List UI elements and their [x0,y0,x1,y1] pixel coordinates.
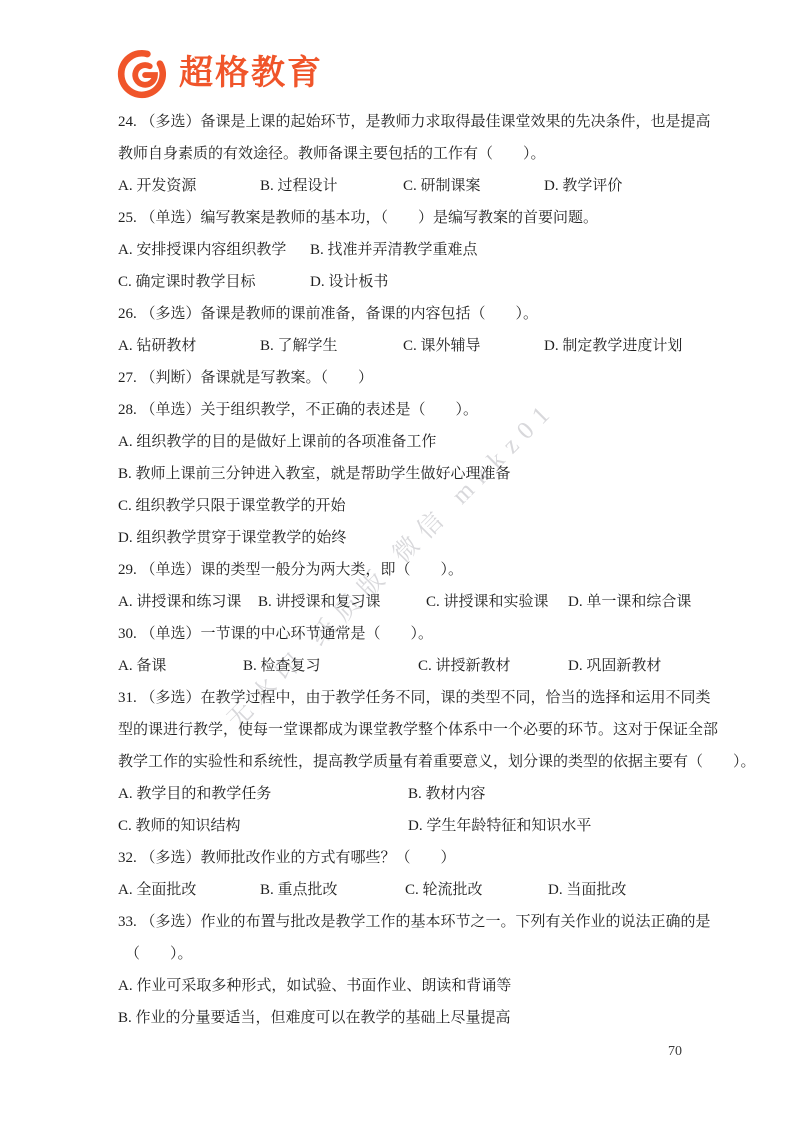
q26-option-c: C. 课外辅导 [403,330,481,362]
q31-option-b: B. 教材内容 [408,778,486,810]
q30-option-c: C. 讲授新教材 [418,650,511,682]
q29-option-d: D. 单一课和综合课 [568,586,691,618]
q33-option-b: B. 作业的分量要适当，但难度可以在教学的基础上尽量提高 [118,1002,708,1034]
q28-option-a: A. 组织教学的目的是做好上课前的各项准备工作 [118,426,708,458]
q31-options-row-ab: A. 教学目的和教学任务 B. 教材内容 [118,778,708,810]
q25-option-a: A. 安排授课内容组织教学 [118,234,286,266]
q24-option-a: A. 开发资源 [118,170,196,202]
q33-option-a: A. 作业可采取多种形式，如试验、书面作业、朗读和背诵等 [118,970,708,1002]
q29-option-c: C. 讲授课和实验课 [426,586,549,618]
q32-option-b: B. 重点批改 [260,874,338,906]
q26-stem: 26. （多选）备课是教师的课前准备，备课的内容包括（ ）。 [118,298,708,330]
q25-option-b: B. 找准并弄清教学重难点 [310,234,478,266]
q26-option-b: B. 了解学生 [260,330,338,362]
q32-option-c: C. 轮流批改 [405,874,483,906]
q32-stem: 32. （多选）教师批改作业的方式有哪些？（ ） [118,842,708,874]
q29-option-b: B. 讲授课和复习课 [258,586,381,618]
q25-options-row-ab: A. 安排授课内容组织教学 B. 找准并弄清教学重难点 [118,234,708,266]
q28-option-b: B. 教师上课前三分钟进入教室，就是帮助学生做好心理准备 [118,458,708,490]
q24-options-row: A. 开发资源 B. 过程设计 C. 研制课案 D. 教学评价 [118,170,708,202]
q26-option-a: A. 钻研教材 [118,330,196,362]
q26-option-d: D. 制定教学进度计划 [544,330,682,362]
q31-stem-line3: 教学工作的实验性和系统性，提高教学质量有着重要意义，划分课的类型的依据主要有（ … [118,746,708,778]
q30-stem: 30. （单选）一节课的中心环节通常是（ ）。 [118,618,708,650]
q30-options-row: A. 备课 B. 检查复习 C. 讲授新教材 D. 巩固新教材 [118,650,708,682]
q27-stem: 27. （判断）备课就是写教案。（ ） [118,362,708,394]
q28-option-d: D. 组织教学贯穿于课堂教学的始终 [118,522,708,554]
q33-stem-line2: （ ）。 [118,938,708,970]
q32-option-a: A. 全面批改 [118,874,196,906]
q25-option-c: C. 确定课时教学目标 [118,266,256,298]
document-page: 超格教育 无水印 纸质版 微信 mkkz01 24. （多选）备课是上课的起始环… [0,0,804,1137]
brand-name: 超格教育 [179,46,323,100]
chaoge-g-swirl-icon [116,46,170,100]
q32-option-d: D. 当面批改 [548,874,626,906]
q24-stem-line2: 教师自身素质的有效途径。教师备课主要包括的工作有（ ）。 [118,138,708,170]
q25-options-row-cd: C. 确定课时教学目标 D. 设计板书 [118,266,708,298]
brand-logo: 超格教育 [116,46,323,100]
q31-option-c: C. 教师的知识结构 [118,810,241,842]
q30-option-d: D. 巩固新教材 [568,650,661,682]
q32-options-row: A. 全面批改 B. 重点批改 C. 轮流批改 D. 当面批改 [118,874,708,906]
q31-options-row-cd: C. 教师的知识结构 D. 学生年龄特征和知识水平 [118,810,708,842]
q26-options-row: A. 钻研教材 B. 了解学生 C. 课外辅导 D. 制定教学进度计划 [118,330,708,362]
q29-options-row: A. 讲授课和练习课 B. 讲授课和复习课 C. 讲授课和实验课 D. 单一课和… [118,586,708,618]
q24-option-c: C. 研制课案 [403,170,481,202]
q25-option-d: D. 设计板书 [310,266,388,298]
q29-stem: 29. （单选）课的类型一般分为两大类，即（ ）。 [118,554,708,586]
q24-option-d: D. 教学评价 [544,170,622,202]
q31-option-a: A. 教学目的和教学任务 [118,778,271,810]
q29-option-a: A. 讲授课和练习课 [118,586,241,618]
q30-option-a: A. 备课 [118,650,166,682]
page-number: 70 [660,1044,690,1060]
q24-stem-line1: 24. （多选）备课是上课的起始环节，是教师力求取得最佳课堂效果的先决条件，也是… [118,106,708,138]
q31-option-d: D. 学生年龄特征和知识水平 [408,810,591,842]
q28-option-c: C. 组织教学只限于课堂教学的开始 [118,490,708,522]
document-content: 24. （多选）备课是上课的起始环节，是教师力求取得最佳课堂效果的先决条件，也是… [118,106,708,1066]
q25-stem: 25. （单选）编写教案是教师的基本功，（ ）是编写教案的首要问题。 [118,202,708,234]
q31-stem-line2: 型的课进行教学，使每一堂课都成为课堂教学整个体系中一个必要的环节。这对于保证全部 [118,714,708,746]
q24-option-b: B. 过程设计 [260,170,338,202]
q30-option-b: B. 检查复习 [243,650,321,682]
q33-stem-line1: 33. （多选）作业的布置与批改是教学工作的基本环节之一。下列有关作业的说法正确… [118,906,708,938]
q28-stem: 28. （单选）关于组织教学，不正确的表述是（ ）。 [118,394,708,426]
q31-stem-line1: 31. （多选）在教学过程中，由于教学任务不同，课的类型不同，恰当的选择和运用不… [118,682,708,714]
